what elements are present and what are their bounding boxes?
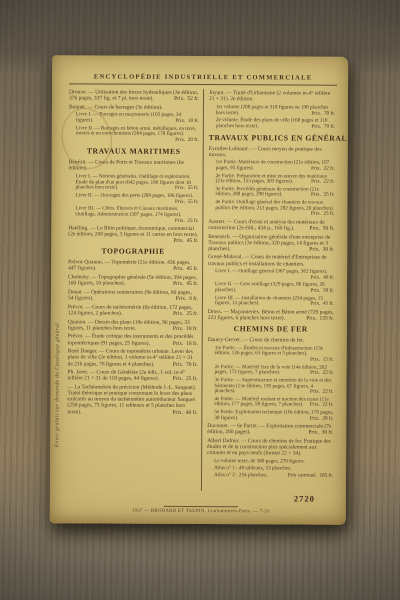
catalog-entry: Haelling. — Le Rhin politique, économiqu… [68, 225, 198, 244]
catalog-entry: Prévot. — Cours de tachéométrie (6e édit… [68, 304, 198, 317]
entry-price: Prix. 25 fr. [305, 193, 335, 199]
entry-price: Prix. 18 fr. [167, 326, 198, 332]
entry-price: Prix. 50 fr. [304, 289, 334, 295]
entry-price: Prix. 70 fr. [305, 124, 335, 130]
catalog-entry: Quanon. — Dessin des plans (18e édition,… [68, 319, 198, 332]
entry-price: Prix. 30 fr. [302, 430, 333, 436]
entry-text: 1re Partie. — Études et travaux d'infras… [215, 345, 323, 357]
catalog-subentry: 4e Partie. Outillage général des chantie… [208, 200, 334, 218]
entry-price: Prix. 50 fr. [303, 225, 334, 231]
entry-price: Prix. 135 fr. [300, 315, 334, 321]
printer-imprint: 1937 — BRODARD ET TAUPIN, Coulommiers-Pa… [65, 508, 337, 514]
entry-price: Prix. 52 fr. [168, 96, 199, 102]
entry-price: Prix. 25 fr. [169, 218, 199, 224]
catalog-subentry: Atlas n° 2 : 254 planches.Prix cartonné.… [207, 473, 333, 479]
catalog-entry: Joyant. — Traité d'Urbanisme (2 volumes … [209, 90, 335, 103]
section-heading-chemins-de-fer: CHEMINS DE FER [208, 325, 334, 334]
entry-text: Eyrolles-Lubinart. — Cours moyen de prat… [209, 146, 322, 158]
entry-price: Prix. 55 fr. [169, 199, 199, 205]
entry-text: Atlas n° 2 : 254 planches. [214, 472, 267, 478]
entry-price: Prix. 22 fr. [304, 403, 334, 409]
entry-text: 3e Partie. Procédés généraux de construc… [215, 186, 319, 198]
entry-text: Livre I. — Outillage général (367 pages,… [215, 268, 327, 275]
entry-text: Livre II. — Ouvrages des ports (289 page… [75, 192, 193, 199]
catalog-entry: Albert Dufour. — Cours de chemins de fer… [207, 438, 333, 457]
catalog-entry: Cholesky. — Topographie générale (5e édi… [68, 274, 198, 287]
entry-price: Prix. 22 fr. [304, 371, 334, 377]
entry-text: Dautry-Gervet. — Cours de chemins de fer… [208, 337, 304, 344]
catalog-entry: Benezech. — Organisation générale d'une … [208, 234, 334, 253]
catalog-entry: Grené-Malaval. — Cours de matériel d'Ent… [208, 255, 334, 268]
entry-price: Prix. 25 fr. [167, 311, 198, 317]
catalog-subentry: 3e Partie. — Superstructure et entretien… [207, 378, 333, 396]
entry-text: Haelling. — Le Rhin politique, économiqu… [68, 225, 198, 238]
section-heading-topographie: TOPOGRAPHIE [68, 248, 198, 257]
photo-background: { "banner": "ENCYCLOPÉDIE INDUSTRIELLE E… [0, 0, 400, 600]
entry-price: Prix. 30 fr. [303, 246, 334, 252]
catalog-entry: Prévot. — Étude critique des instruments… [68, 334, 198, 347]
book-back-cover: ENCYCLOPÉDIE INDUSTRIELLE ET COMMERCIALE… [50, 55, 348, 525]
catalog-entry: Ph. Jarre. — Cours de Géodésie (2e édit.… [68, 369, 198, 382]
catalog-subentry: 1er volume (208 pages et 318 figures ou … [209, 105, 335, 117]
catalog-entry: René Danger. — Cours de topométrie urbai… [68, 349, 198, 368]
catalog-subentry: Livre III. — Côtes. Fleuves et Canaux ma… [68, 206, 198, 224]
entry-price: Prix. 45 fr. [167, 281, 198, 287]
entry-price: Prix. 28 fr. [304, 416, 334, 422]
catalog-subentry: 2e Partie. Préparation et mise en œuvre … [209, 174, 335, 186]
cover-footer: 2720 1937 — BRODARD ET TAUPIN, Coulommie… [65, 490, 337, 516]
catalog-entry: Douat. — Opérations souterraines (9e édi… [68, 289, 198, 302]
entry-price: Prix. 22 fr. [305, 167, 335, 173]
catalog-subentry: Livre I. — Notions générales. Outillage … [69, 174, 199, 192]
catalog-entry: Prévot-Quanon. — Topométrie (21e édition… [68, 260, 198, 273]
catalog-subentry: 2e volume. Étude des plans de ville (168… [209, 118, 335, 130]
entry-text: Le volume texte, de 380 pages, 270 figur… [214, 458, 305, 464]
entry-price: Prix. 18 fr. [167, 340, 198, 346]
catalog-entry: Dautry-Gervet. — Cours de chemins de fer… [208, 337, 334, 344]
catalog-subentry: 4e Partie. — Matériel roulant et tractio… [207, 397, 333, 409]
catalog-subentry: 3e Partie. Procédés généraux de construc… [208, 187, 334, 199]
entry-price: Prix. 45 fr. [167, 238, 198, 244]
entry-price: Prix. 22 fr. [305, 180, 335, 186]
entry-price: Prix cartonné. 185 fr. [282, 474, 333, 480]
entry-price: Prix. 45 fr. [304, 302, 334, 308]
catalog-subentry: 2e Partie. — Matériel fixe de la voie (1… [208, 365, 334, 377]
catalog-entry: Drouve. — Utilisation des forces hydraul… [69, 89, 199, 102]
spine-note-text: Envoi gratuit sur demande du Catalogue g… [54, 323, 61, 447]
catalog-subentry: Livre III. — Installation de chantiers (… [208, 296, 334, 308]
entry-price: Prix. 22 fr. [304, 390, 334, 396]
catalog-subentry: Livre I. — Outillage général (367 pages,… [208, 269, 334, 281]
entry-price: Prix. 40 fr. [166, 409, 197, 415]
entry-price: Prix. 10 fr. [169, 119, 199, 125]
catalog-subentry: Livre II. — Gros outillage (329 pages, 8… [208, 282, 334, 294]
entry-price: Prix. 25 fr. [167, 376, 198, 382]
imprint-divider [164, 506, 238, 507]
entry-price: Prix. 15 fr. [304, 358, 334, 364]
catalog-subentry: 1re Partie. — Études et travaux d'infras… [208, 346, 334, 364]
entry-price: Prix. 8 fr. [170, 296, 198, 302]
right-column: Joyant. — Traité d'Urbanisme (2 volumes … [201, 89, 339, 492]
entry-text: 4e Partie. Outillage général des chantie… [215, 199, 333, 211]
entry-text: Grené-Malaval. — Cours de matériel d'Ent… [208, 255, 326, 268]
catalog-number: 2720 [65, 492, 315, 503]
entry-text: Atlas n° 1 : 48 tableaux, 53 planches. [214, 465, 291, 471]
entry-text: Albert Dufour. — Cours de chemins de fer… [207, 438, 331, 457]
catalog-entry: — La Tachéométrie de précision (Méthode … [67, 384, 197, 415]
entry-price: Prix. 70 fr. [167, 361, 198, 367]
catalog-subentry: 5e Partie. Exploitation technique (10e é… [207, 410, 333, 422]
catalog-entry: Dross. — Maçonneries. Béton et Béton arm… [208, 309, 334, 322]
section-heading-travaux-publics: TRAVAUX PUBLICS EN GÉNÉRAL [209, 134, 335, 143]
entry-price: Prix. 55 fr. [169, 186, 199, 192]
entry-price: Prix. 25 fr. [305, 212, 335, 218]
catalog-entry: Ducomet. — 6e Partie. — Exploitation com… [207, 423, 333, 436]
entry-price: Prix. 70 fr. [305, 111, 335, 117]
entry-text: Joyant. — Traité d'Urbanisme (2 volumes … [209, 90, 330, 102]
catalog-entry: Anstett. — Cours d'essai et analyse des … [208, 219, 334, 232]
entry-price: Prix. 20 fr. [169, 138, 199, 144]
entry-price: Prix. 45 fr. [167, 266, 198, 272]
catalog-subentry: Livre II. — Ouvrages des ports (289 page… [68, 193, 198, 205]
entry-text: Livre III. — Côtes. Fleuves et Canaux ma… [75, 205, 181, 217]
collection-banner: ENCYCLOPÉDIE INDUSTRIELLE ET COMMERCIALE [69, 73, 337, 85]
catalog-entry: Eyrolles-Lubinart. — Cours moyen de prat… [209, 146, 335, 159]
catalog-subentry: 1re Partie. Matériaux de construction (2… [209, 160, 335, 172]
